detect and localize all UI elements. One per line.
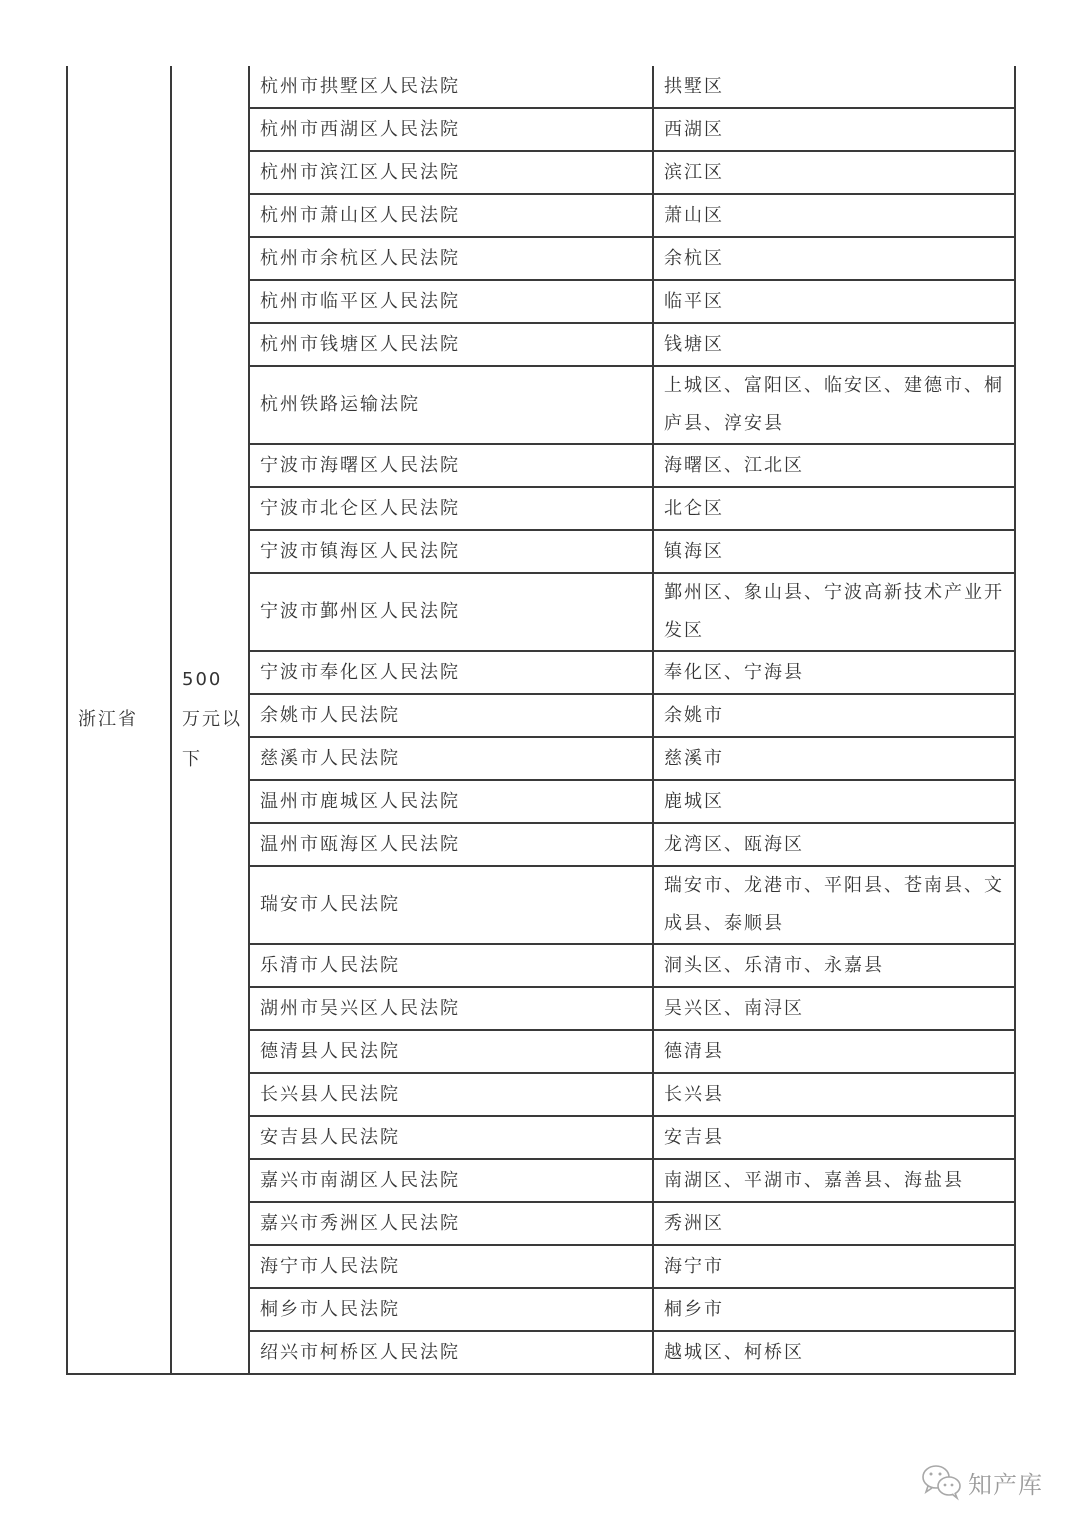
jurisdiction-area-cell: 龙湾区、瓯海区 bbox=[653, 823, 1015, 866]
jurisdiction-area-cell: 奉化区、宁海县 bbox=[653, 651, 1015, 694]
jurisdiction-area-cell: 海宁市 bbox=[653, 1245, 1015, 1288]
court-name-cell: 温州市瓯海区人民法院 bbox=[249, 823, 653, 866]
jurisdiction-area-cell: 桐乡市 bbox=[653, 1288, 1015, 1331]
jurisdiction-area-cell: 余杭区 bbox=[653, 237, 1015, 280]
jurisdiction-area-cell: 鄞州区、象山县、宁波高新技术产业开发区 bbox=[653, 573, 1015, 651]
court-name-cell: 乐清市人民法院 bbox=[249, 944, 653, 987]
jurisdiction-area-cell: 秀洲区 bbox=[653, 1202, 1015, 1245]
court-name-cell: 宁波市北仑区人民法院 bbox=[249, 487, 653, 530]
court-name-cell: 桐乡市人民法院 bbox=[249, 1288, 653, 1331]
court-name-cell: 宁波市海曙区人民法院 bbox=[249, 444, 653, 487]
jurisdiction-area-cell: 吴兴区、南浔区 bbox=[653, 987, 1015, 1030]
jurisdiction-area-cell: 拱墅区 bbox=[653, 66, 1015, 108]
court-name-cell: 嘉兴市秀洲区人民法院 bbox=[249, 1202, 653, 1245]
table-row: 浙江省500 万元以下杭州市拱墅区人民法院拱墅区 bbox=[67, 66, 1015, 108]
jurisdiction-area-cell: 安吉县 bbox=[653, 1116, 1015, 1159]
court-jurisdiction-table: 浙江省500 万元以下杭州市拱墅区人民法院拱墅区杭州市西湖区人民法院西湖区杭州市… bbox=[66, 66, 1016, 1375]
table-body: 浙江省500 万元以下杭州市拱墅区人民法院拱墅区杭州市西湖区人民法院西湖区杭州市… bbox=[67, 66, 1015, 1374]
jurisdiction-area-cell: 镇海区 bbox=[653, 530, 1015, 573]
jurisdiction-area-cell: 越城区、柯桥区 bbox=[653, 1331, 1015, 1374]
court-jurisdiction-table-wrapper: 浙江省500 万元以下杭州市拱墅区人民法院拱墅区杭州市西湖区人民法院西湖区杭州市… bbox=[66, 66, 1015, 1375]
watermark-text: 知产库 bbox=[968, 1465, 1043, 1500]
jurisdiction-area-cell: 西湖区 bbox=[653, 108, 1015, 151]
province-cell: 浙江省 bbox=[67, 66, 171, 1374]
jurisdiction-area-cell: 瑞安市、龙港市、平阳县、苍南县、文成县、泰顺县 bbox=[653, 866, 1015, 944]
jurisdiction-area-cell: 德清县 bbox=[653, 1030, 1015, 1073]
jurisdiction-area-cell: 北仑区 bbox=[653, 487, 1015, 530]
jurisdiction-area-cell: 慈溪市 bbox=[653, 737, 1015, 780]
court-name-cell: 杭州市余杭区人民法院 bbox=[249, 237, 653, 280]
court-name-cell: 长兴县人民法院 bbox=[249, 1073, 653, 1116]
court-name-cell: 慈溪市人民法院 bbox=[249, 737, 653, 780]
court-name-cell: 杭州市拱墅区人民法院 bbox=[249, 66, 653, 108]
court-name-cell: 嘉兴市南湖区人民法院 bbox=[249, 1159, 653, 1202]
court-name-cell: 余姚市人民法院 bbox=[249, 694, 653, 737]
court-name-cell: 德清县人民法院 bbox=[249, 1030, 653, 1073]
jurisdiction-area-cell: 临平区 bbox=[653, 280, 1015, 323]
jurisdiction-area-cell: 鹿城区 bbox=[653, 780, 1015, 823]
court-name-cell: 绍兴市柯桥区人民法院 bbox=[249, 1331, 653, 1374]
jurisdiction-area-cell: 余姚市 bbox=[653, 694, 1015, 737]
court-name-cell: 杭州市临平区人民法院 bbox=[249, 280, 653, 323]
amount-cell: 500 万元以下 bbox=[171, 66, 249, 1374]
court-name-cell: 杭州市钱塘区人民法院 bbox=[249, 323, 653, 366]
watermark: 知产库 bbox=[920, 1462, 1043, 1502]
court-name-cell: 宁波市奉化区人民法院 bbox=[249, 651, 653, 694]
court-name-cell: 杭州市西湖区人民法院 bbox=[249, 108, 653, 151]
court-name-cell: 海宁市人民法院 bbox=[249, 1245, 653, 1288]
wechat-icon bbox=[920, 1462, 964, 1502]
court-name-cell: 宁波市鄞州区人民法院 bbox=[249, 573, 653, 651]
court-name-cell: 湖州市吴兴区人民法院 bbox=[249, 987, 653, 1030]
jurisdiction-area-cell: 洞头区、乐清市、永嘉县 bbox=[653, 944, 1015, 987]
court-name-cell: 杭州铁路运输法院 bbox=[249, 366, 653, 444]
jurisdiction-area-cell: 滨江区 bbox=[653, 151, 1015, 194]
jurisdiction-area-cell: 海曙区、江北区 bbox=[653, 444, 1015, 487]
court-name-cell: 宁波市镇海区人民法院 bbox=[249, 530, 653, 573]
court-name-cell: 杭州市萧山区人民法院 bbox=[249, 194, 653, 237]
jurisdiction-area-cell: 上城区、富阳区、临安区、建德市、桐庐县、淳安县 bbox=[653, 366, 1015, 444]
court-name-cell: 安吉县人民法院 bbox=[249, 1116, 653, 1159]
jurisdiction-area-cell: 南湖区、平湖市、嘉善县、海盐县 bbox=[653, 1159, 1015, 1202]
jurisdiction-area-cell: 长兴县 bbox=[653, 1073, 1015, 1116]
court-name-cell: 温州市鹿城区人民法院 bbox=[249, 780, 653, 823]
jurisdiction-area-cell: 萧山区 bbox=[653, 194, 1015, 237]
jurisdiction-area-cell: 钱塘区 bbox=[653, 323, 1015, 366]
court-name-cell: 杭州市滨江区人民法院 bbox=[249, 151, 653, 194]
court-name-cell: 瑞安市人民法院 bbox=[249, 866, 653, 944]
